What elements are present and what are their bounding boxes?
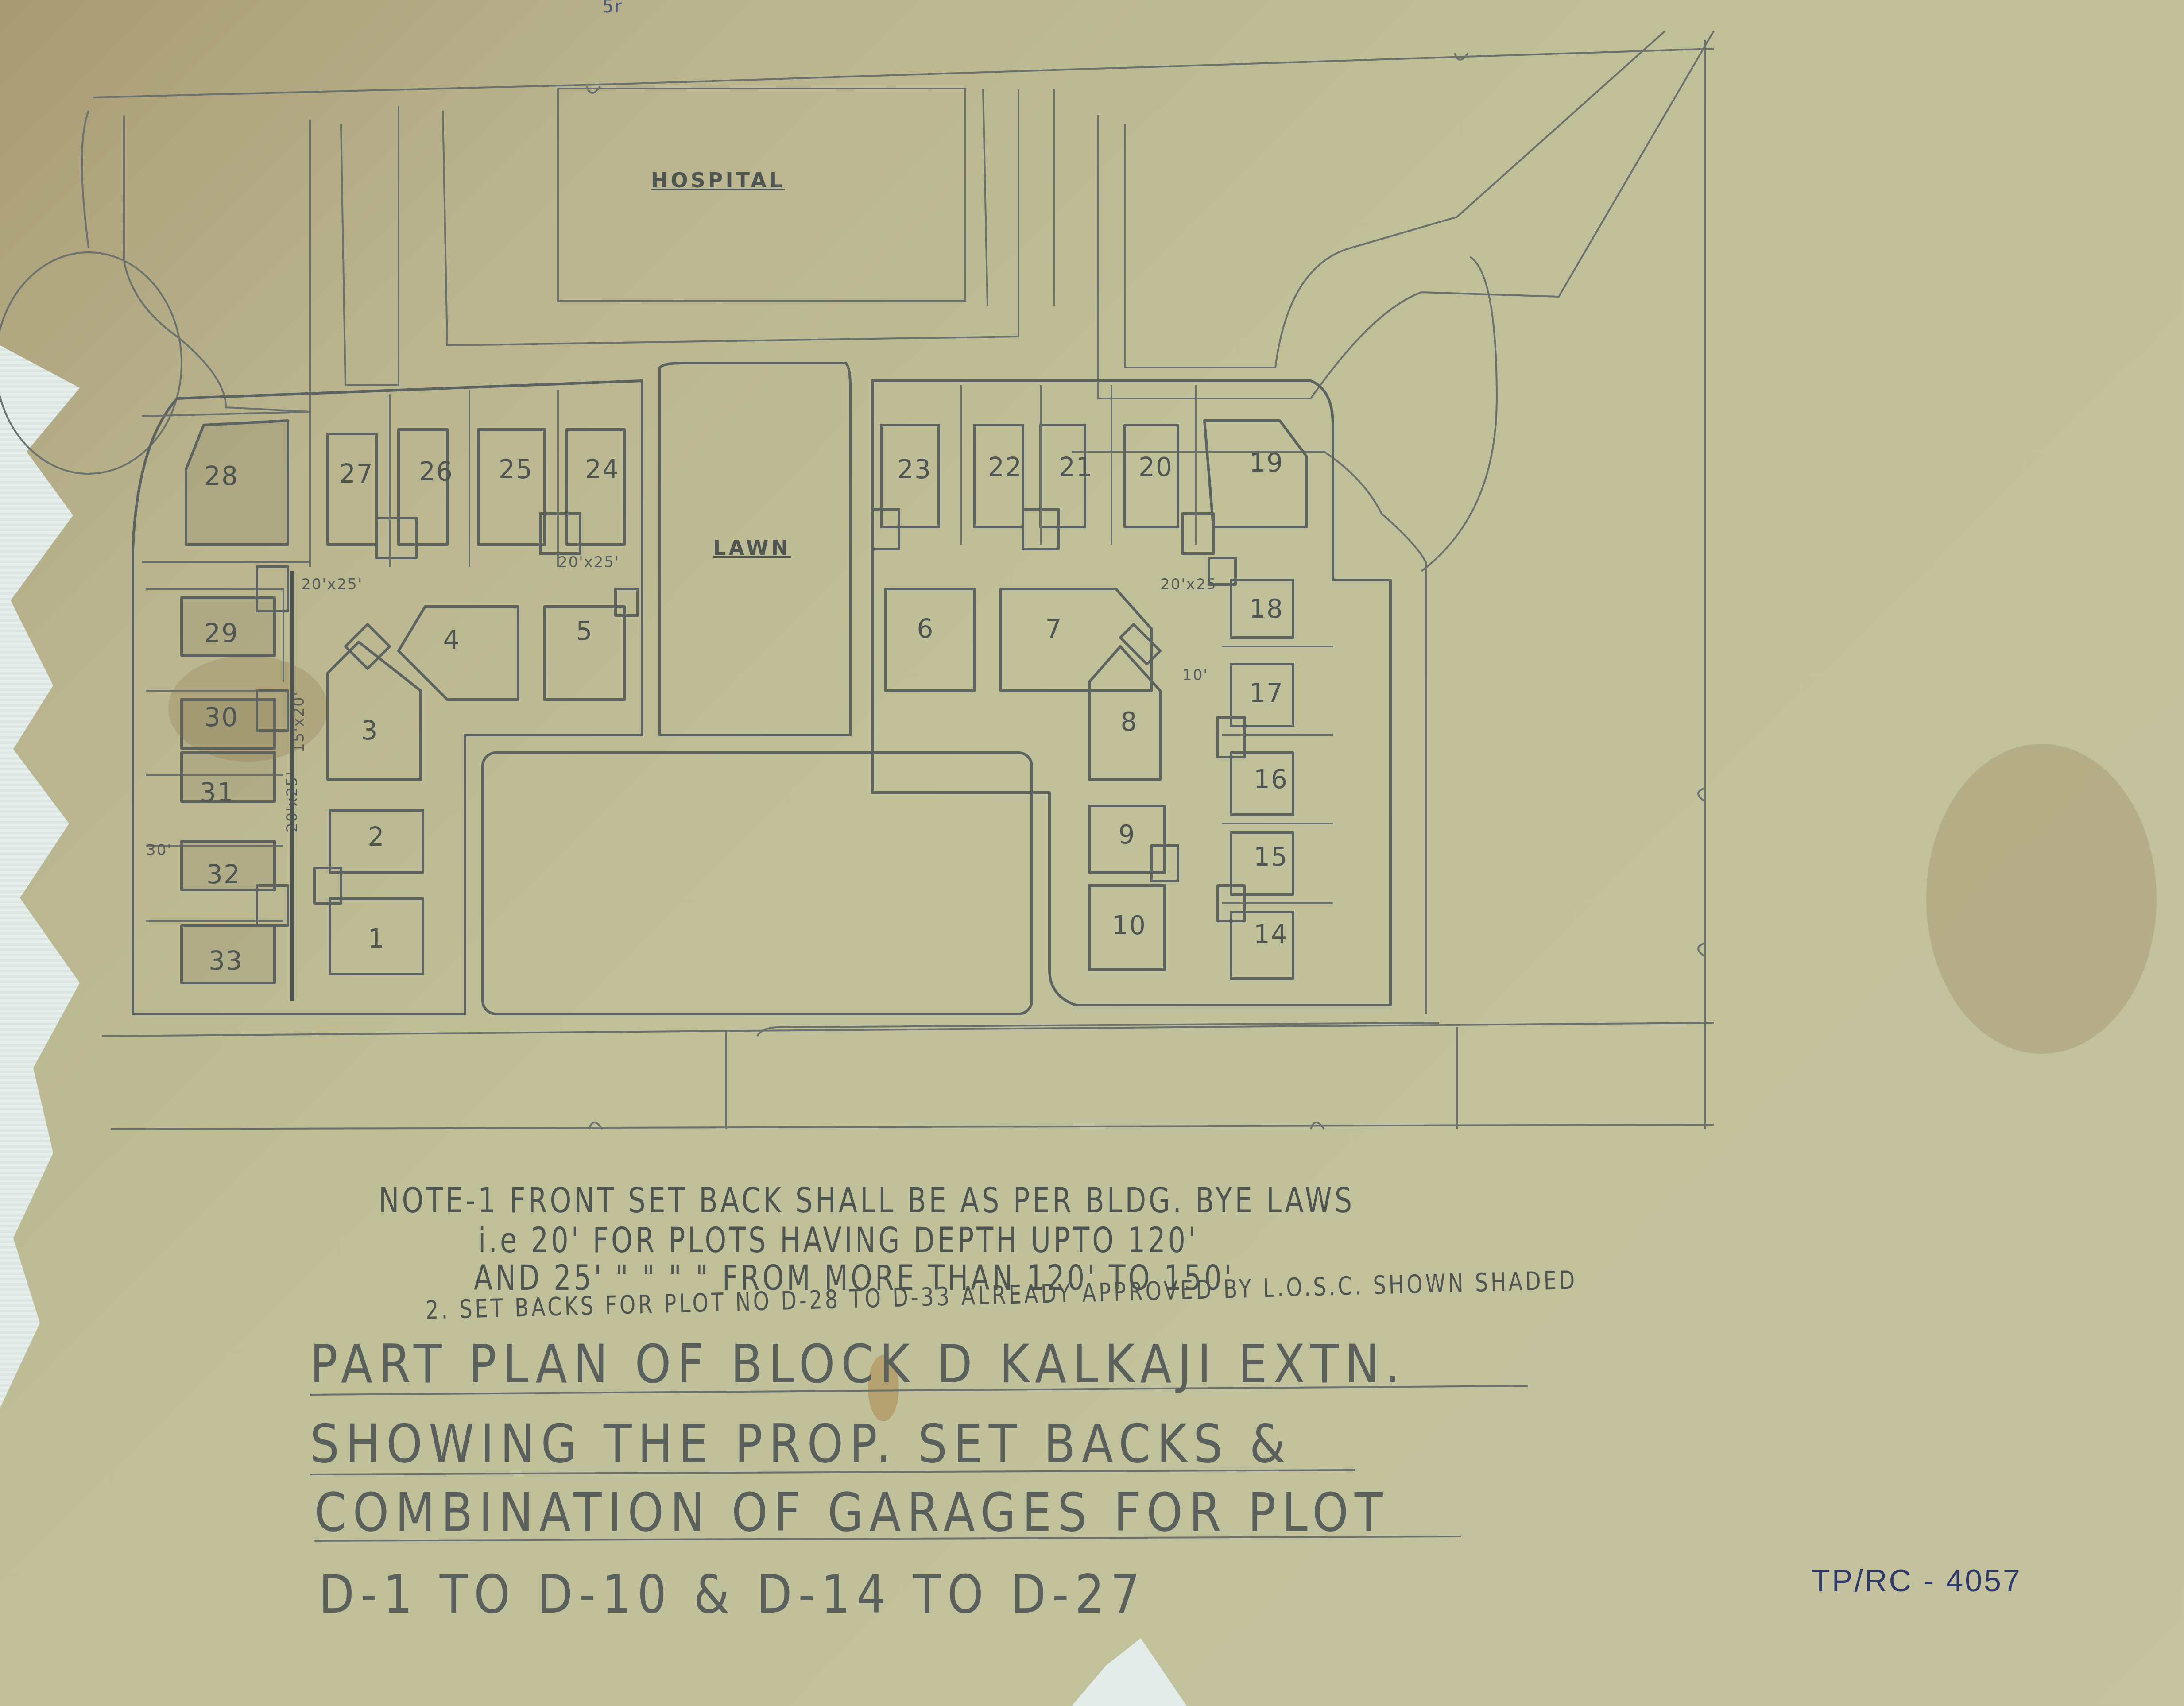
garage-dimension: 15'x20' — [290, 691, 308, 753]
break-mark — [1698, 943, 1705, 956]
garage-7-8 — [1120, 624, 1160, 664]
plot-number: 23 — [897, 454, 932, 484]
roundabout-ne — [1421, 257, 1497, 571]
plot-number: 21 — [1059, 452, 1093, 482]
setback-dimension: 30' — [146, 841, 172, 859]
title-line-1: PART PLAN OF BLOCK D KALKAJI EXTN. — [310, 1333, 1406, 1395]
plot-number: 33 — [209, 946, 243, 976]
garage-23 — [872, 509, 899, 549]
garage-dimension: 20'x25' — [558, 553, 620, 571]
ne-road-inner — [1125, 31, 1665, 368]
hospital-label: HOSPITAL — [651, 168, 785, 192]
plot-number: 19 — [1249, 448, 1284, 478]
plot-number: 32 — [206, 859, 241, 890]
plot-25-building — [478, 429, 545, 545]
break-mark — [587, 86, 600, 93]
plot-number: 14 — [1254, 919, 1288, 949]
plot-number: 16 — [1254, 764, 1288, 794]
garage-32-33 — [257, 886, 288, 925]
plot-number: 1 — [368, 924, 385, 954]
title-line-3: COMBINATION OF GARAGES FOR PLOT — [314, 1481, 1389, 1543]
plot-number: 3 — [361, 716, 379, 746]
setback-dimension: 10' — [1182, 666, 1208, 684]
plot-number: 5 — [576, 616, 593, 646]
note-line-1: NOTE-1 FRONT SET BACK SHALL BE AS PER BL… — [379, 1180, 1355, 1220]
plot-24-building — [567, 429, 624, 545]
plot-number: 8 — [1121, 707, 1138, 737]
plot-26-building — [399, 429, 447, 545]
plot-number: 10 — [1112, 910, 1146, 940]
plot-number: 6 — [917, 614, 934, 644]
plot-number: 26 — [419, 456, 453, 487]
plot-number: 17 — [1249, 678, 1284, 708]
garage-25-24 — [540, 514, 580, 553]
plot-number: 7 — [1046, 614, 1063, 644]
plot-number: 24 — [585, 454, 620, 484]
lawn-label: LAWN — [713, 536, 791, 560]
garage-27-26 — [376, 518, 416, 558]
title-line-2: SHOWING THE PROP. SET BACKS & — [310, 1412, 1292, 1474]
plot-number: 15 — [1254, 842, 1288, 872]
plot-number: 25 — [499, 454, 533, 484]
plot-number: 2 — [368, 822, 385, 852]
plot-number: 30 — [204, 702, 239, 732]
plot-7-building — [1001, 589, 1151, 691]
corner-mark: 5r — [602, 0, 623, 17]
ne-road-outer — [1098, 31, 1714, 398]
plot-number: 18 — [1249, 594, 1284, 624]
title-line-4: D-1 TO D-10 & D-14 TO D-27 — [319, 1563, 1146, 1625]
plot-number: 9 — [1119, 820, 1136, 850]
plot-left-top — [341, 106, 399, 385]
top-boundary-line — [93, 49, 1714, 97]
plot-number: 31 — [200, 778, 234, 808]
garage-dimension: 20'x25 — [1160, 576, 1217, 593]
plot-number: 4 — [443, 625, 461, 655]
plot-27-building — [328, 434, 376, 545]
roundabout-left — [0, 252, 182, 474]
garage-5 — [616, 589, 638, 615]
hospital-road-outline — [443, 89, 1018, 345]
note-line-2: i.e 20' FOR PLOTS HAVING DEPTH UPTO 120' — [478, 1220, 1198, 1260]
reference-number: TP/RC - 4057 — [1811, 1563, 2022, 1598]
garage-20-19 — [1182, 514, 1213, 553]
garage-dimension: 20'x25' — [301, 576, 363, 593]
plot-number: 28 — [204, 461, 239, 491]
bottom-boundary-line — [111, 1125, 1714, 1129]
south-road-outline — [726, 1023, 1457, 1129]
break-mark — [1698, 788, 1705, 801]
plot-number: 29 — [204, 618, 239, 648]
garage-dimension: 20'x25' — [283, 771, 301, 832]
plot-number: 20 — [1138, 452, 1173, 482]
plot-number: 22 — [988, 452, 1022, 482]
hospital-block-outline — [558, 89, 965, 301]
road-left — [82, 111, 310, 412]
lower-road-line — [102, 1023, 1714, 1036]
plot-number: 27 — [339, 459, 374, 489]
